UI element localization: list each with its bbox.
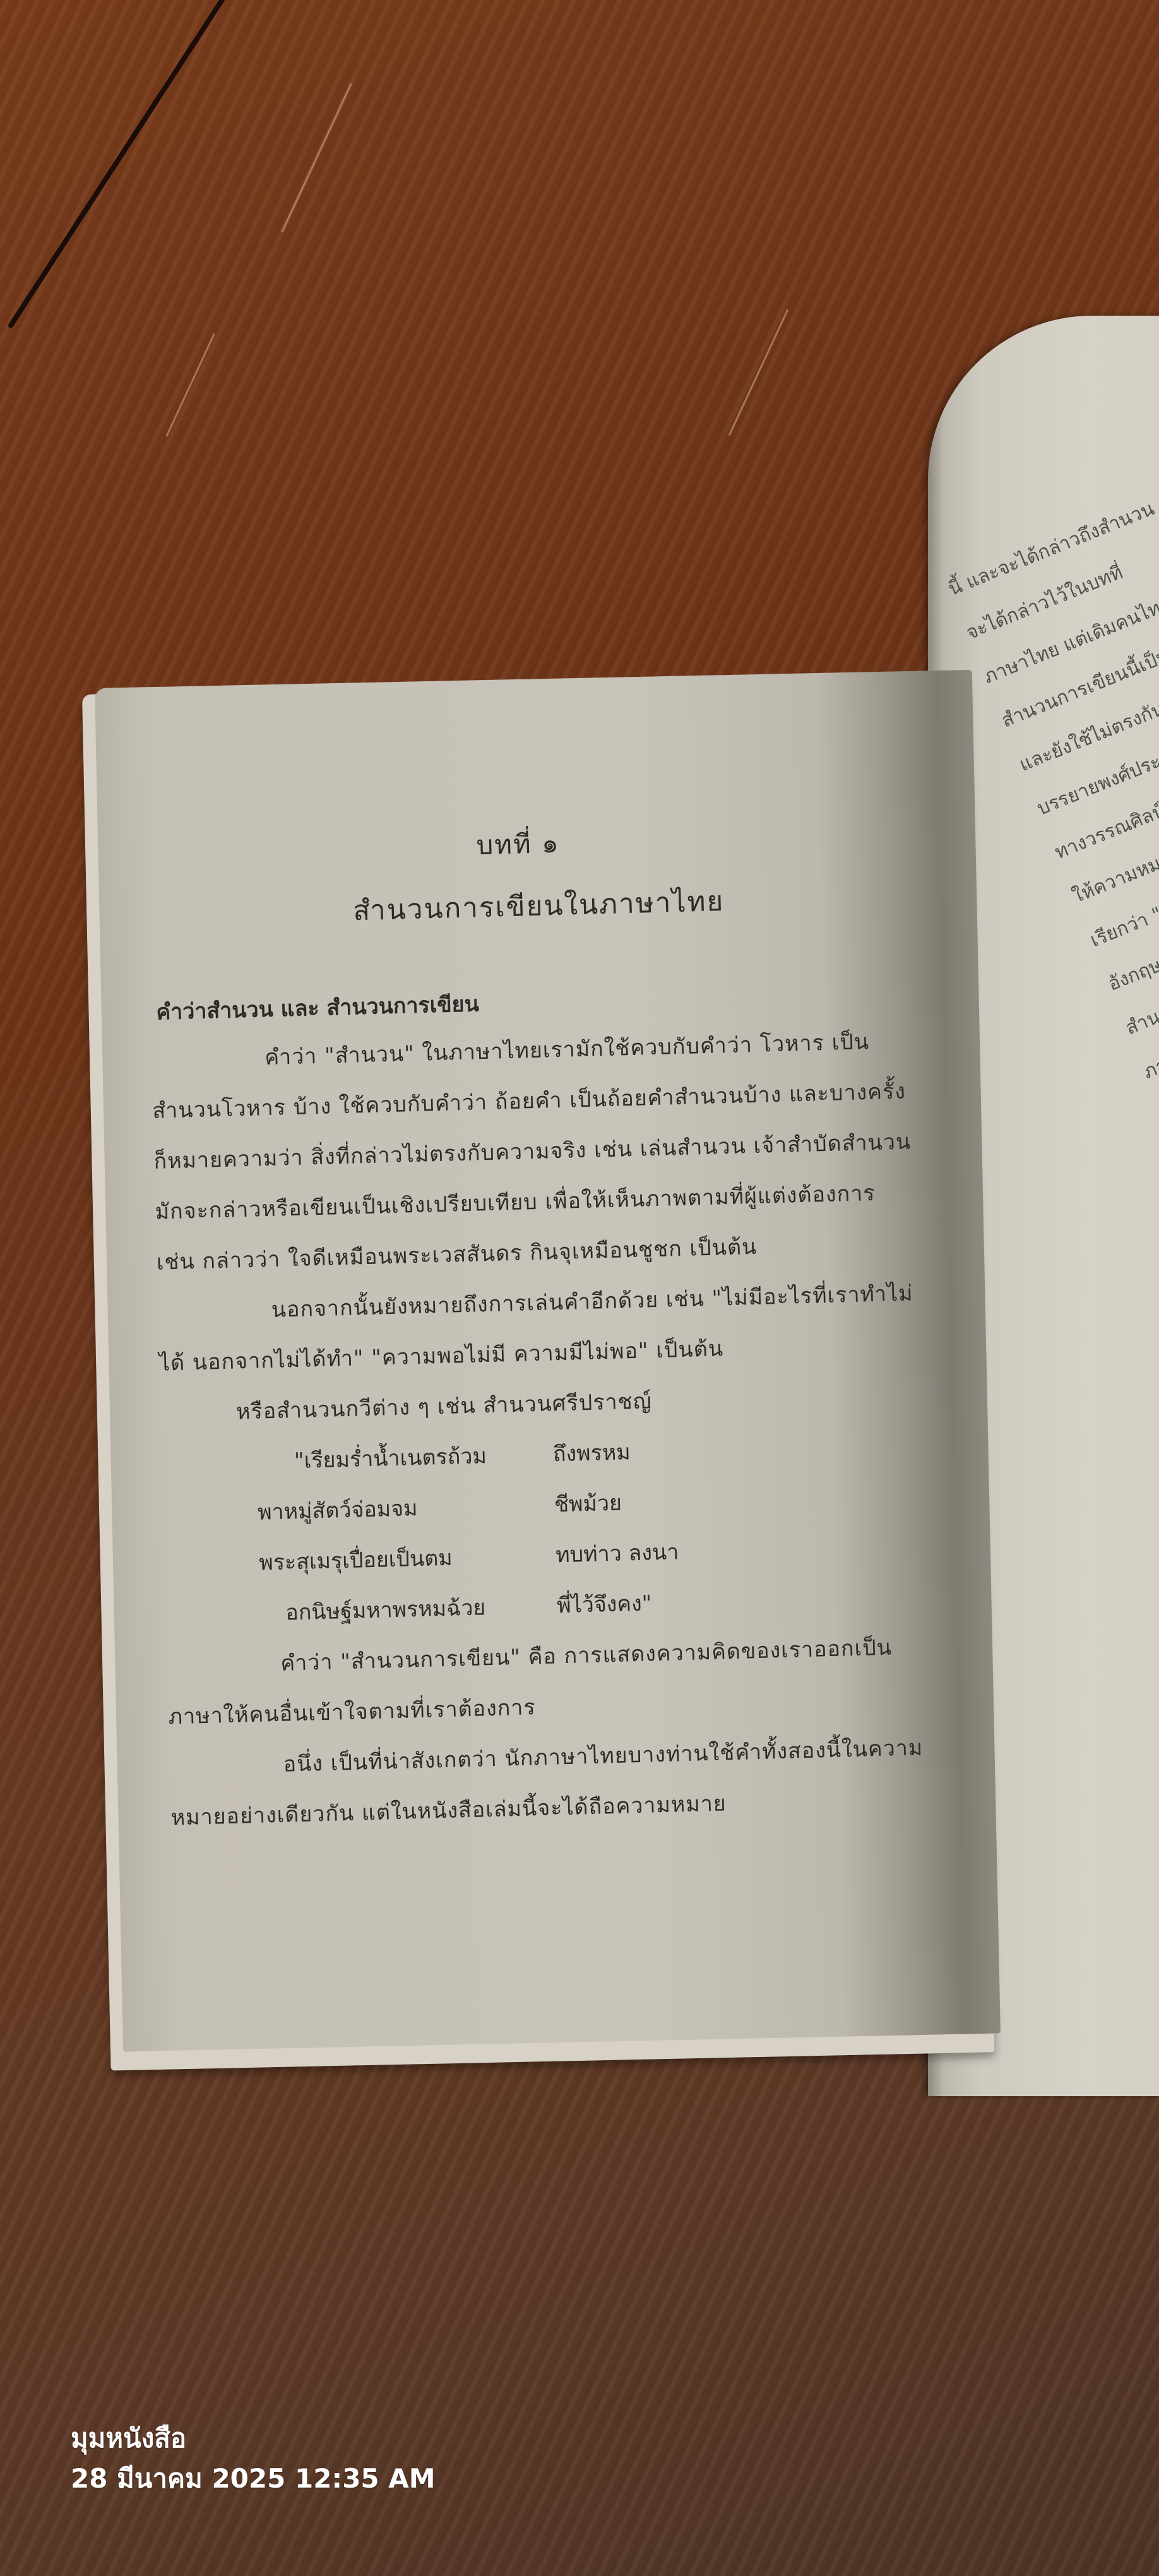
poem-right: พี่ไว้จึงคง"	[556, 1578, 652, 1631]
poem-left: พาหมู่สัตว์จ่อมจม	[257, 1479, 555, 1537]
poem-right: ชีพม้วย	[554, 1478, 622, 1530]
watermark-timestamp: 28 มีนาคม 2025 12:35 AM	[71, 2459, 436, 2499]
poem: "เรียมร่ำน้ำเนตรถ้วม ถึงพรหม พาหมู่สัตว์…	[161, 1419, 924, 1641]
poem-left: อกนิษฐ์มหาพรหมฉ้วย	[259, 1580, 557, 1638]
poem-left: "เรียมร่ำน้ำเนตรถ้วม	[256, 1429, 554, 1487]
photo-watermark: มุมหนังสือ 28 มีนาคม 2025 12:35 AM	[71, 2418, 436, 2499]
table-board-seam	[7, 0, 231, 329]
chapter-title: สำนวนการเขียนในภาษาไทย	[172, 874, 905, 938]
table-scratch	[728, 309, 789, 436]
paragraph: คำว่า "สำนวน" ในภาษาไทยเรามักใช้ควบกับคำ…	[150, 1015, 914, 1287]
poem-right: ถึงพรหม	[552, 1427, 631, 1479]
paragraph: นอกจากนั้นยังหมายถึงการเล่นคำอีกด้วย เช่…	[157, 1268, 917, 1388]
paragraph: อนึ่ง เป็นที่น่าสังเกตว่า นักภาษาไทยบางท…	[169, 1722, 929, 1843]
poem-left: พระสุเมรุเปื่อยเป็นตม	[258, 1530, 556, 1588]
left-page-content: บทที่ ๑ สำนวนการเขียนในภาษาไทย คำว่าสำนว…	[145, 814, 929, 1844]
poem-right: ทบท่าว ลงนา	[555, 1527, 679, 1580]
watermark-label: มุมหนังสือ	[71, 2418, 436, 2459]
table-scratch	[165, 333, 215, 437]
table-scratch	[281, 83, 352, 233]
paragraph: คำว่า "สำนวนการเขียน" คือ การแสดงความคิด…	[167, 1621, 927, 1742]
